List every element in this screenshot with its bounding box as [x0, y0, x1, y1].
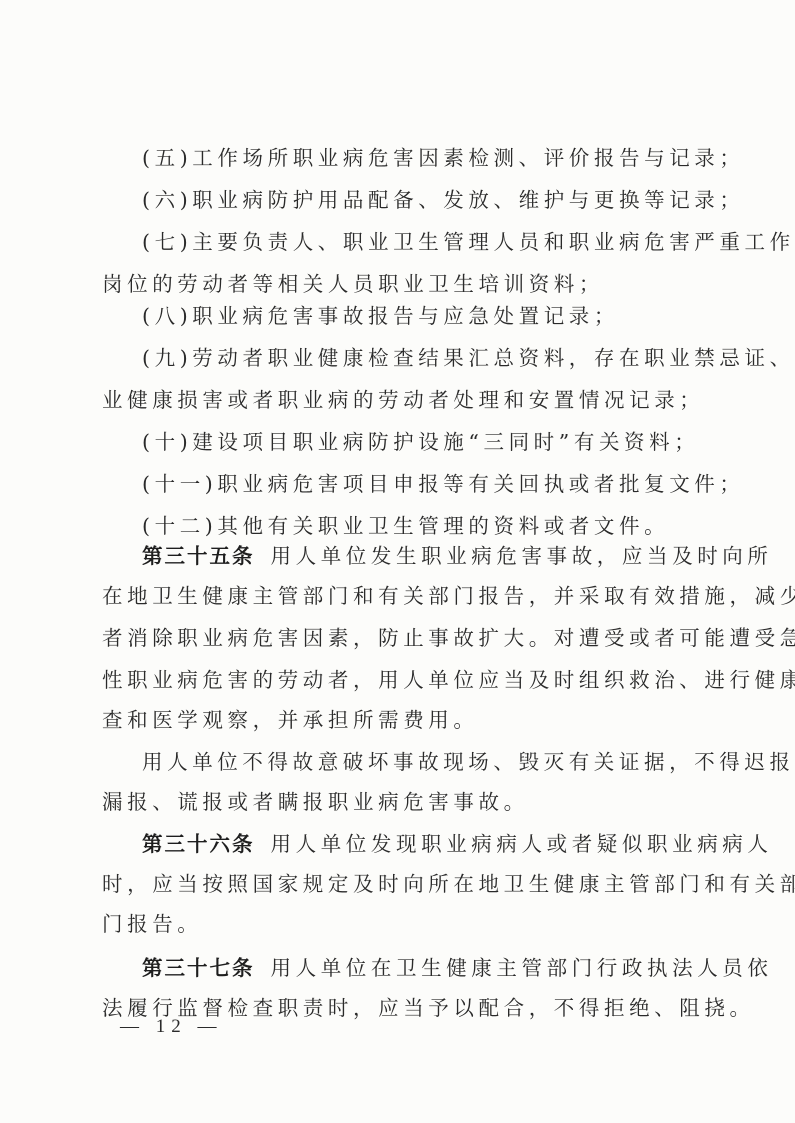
article-36-text: 用人单位发现职业病病人或者疑似职业病病人 [271, 832, 773, 856]
list-item-12: (十二)其他有关职业卫生管理的资料或者文件。 [142, 513, 742, 539]
article-36-heading: 第三十六条 [142, 832, 255, 856]
list-item-7: (七)主要负责人、职业卫生管理人员和职业病危害严重工作 [142, 229, 742, 255]
article-35-paragraph-2: 用人单位不得故意破坏事故现场、毁灭有关证据，不得迟报、 [142, 749, 742, 775]
article-35-text: 用人单位发生职业病危害事故，应当及时向所 [271, 544, 773, 568]
list-item-5: (五)工作场所职业病危害因素检测、评价报告与记录； [142, 145, 742, 171]
article-35-heading: 第三十五条 [142, 544, 255, 568]
article-37-text: 用人单位在卫生健康主管部门行政执法人员依 [271, 956, 773, 980]
article-35-line: 在地卫生健康主管部门和有关部门报告，并采取有效措施，减少或 [102, 583, 702, 609]
list-item-9: (九)劳动者职业健康检查结果汇总资料，存在职业禁忌证、职 [142, 345, 742, 371]
article-36-line: 门报告。 [102, 911, 702, 937]
article-35-line: 查和医学观察，并承担所需费用。 [102, 707, 702, 733]
article-35-line: 性职业病危害的劳动者，用人单位应当及时组织救治、进行健康检 [102, 667, 702, 693]
article-36-line: 时，应当按照国家规定及时向所在地卫生健康主管部门和有关部 [102, 871, 702, 897]
article-35-line: 者消除职业病危害因素，防止事故扩大。对遭受或者可能遭受急 [102, 625, 702, 651]
list-item-10: (十)建设项目职业病防护设施“三同时”有关资料； [142, 429, 742, 455]
list-item-6: (六)职业病防护用品配备、发放、维护与更换等记录； [142, 187, 742, 213]
document-page: (五)工作场所职业病危害因素检测、评价报告与记录； (六)职业病防护用品配备、发… [0, 0, 795, 1123]
article-37-heading: 第三十七条 [142, 956, 255, 980]
page-number: — 12 — [120, 1016, 223, 1038]
list-item-8: (八)职业病危害事故报告与应急处置记录； [142, 303, 742, 329]
list-item-9-cont: 业健康损害或者职业病的劳动者处理和安置情况记录； [102, 387, 702, 413]
article-36-first-line: 第三十六条用人单位发现职业病病人或者疑似职业病病人 [142, 831, 742, 857]
article-35-paragraph-2-cont: 漏报、谎报或者瞒报职业病危害事故。 [102, 789, 702, 815]
article-37-first-line: 第三十七条用人单位在卫生健康主管部门行政执法人员依 [142, 955, 742, 981]
article-35-first-line: 第三十五条用人单位发生职业病危害事故，应当及时向所 [142, 543, 742, 569]
list-item-11: (十一)职业病危害项目申报等有关回执或者批复文件； [142, 471, 742, 497]
list-item-7-cont: 岗位的劳动者等相关人员职业卫生培训资料； [102, 271, 702, 297]
